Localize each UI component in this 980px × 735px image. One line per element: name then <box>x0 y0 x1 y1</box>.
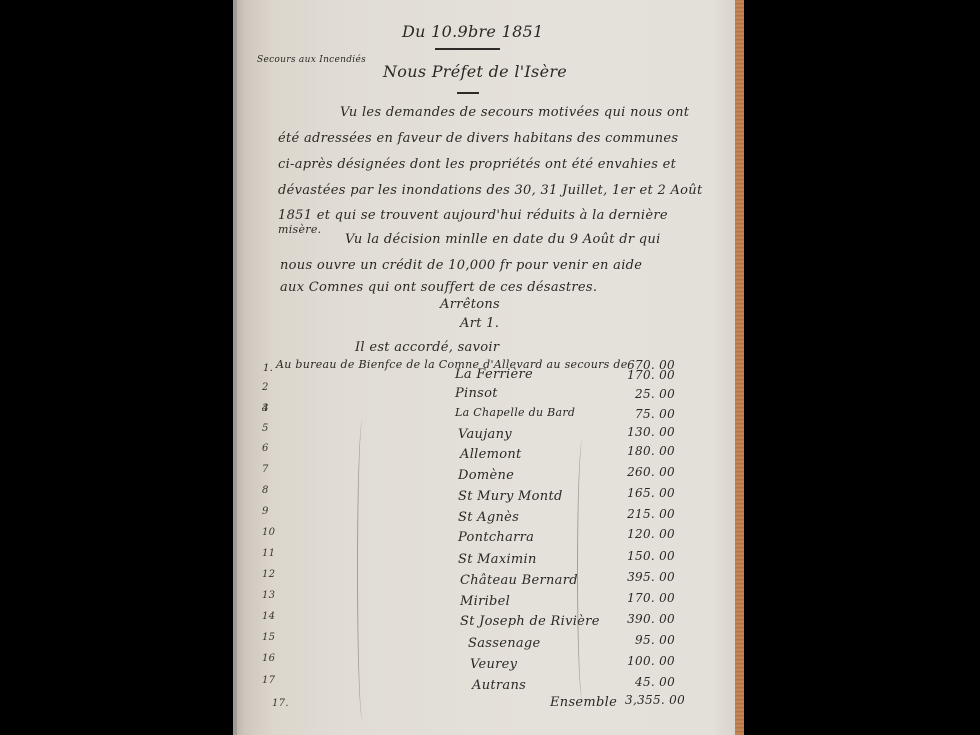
allocation-amount: 215. 00 <box>595 507 675 521</box>
allocation-amount: 390. 00 <box>595 612 675 626</box>
decision-line: aux Comnes qui ont souffert de ces désas… <box>280 280 597 295</box>
allocation-number: 4 <box>262 403 269 414</box>
allocation-commune: La Chapelle du Bard <box>455 406 575 419</box>
preamble-line: été adressées en faveur de divers habita… <box>278 131 678 146</box>
allocation-number: 10 <box>262 527 275 538</box>
allocation-number: 16 <box>262 653 275 664</box>
preamble-line: misère. <box>278 223 321 236</box>
right-brace-line <box>577 440 588 700</box>
allocation-number: 5 <box>262 423 269 434</box>
allocation-number: 6 <box>262 443 269 454</box>
allocation-commune: Château Bernard <box>460 573 578 588</box>
allocation-amount: 45. 00 <box>595 675 675 689</box>
allocation-commune: Miribel <box>460 594 510 609</box>
allocation-number: 8 <box>262 485 269 496</box>
allocation-commune: Autrans <box>472 678 526 693</box>
allocation-amount: 25. 00 <box>595 387 675 401</box>
allocation-number: 11 <box>262 548 275 559</box>
wooden-table-edge <box>735 0 744 735</box>
decision-line: nous ouvre un crédit de 10,000 fr pour v… <box>280 258 642 273</box>
date-line: Du 10.9bre 1851 <box>402 22 544 41</box>
allocation-number: 1. <box>263 363 273 374</box>
allocation-amount: 120. 00 <box>595 527 675 541</box>
allocation-amount: 170. 00 <box>595 591 675 605</box>
allocation-commune: Sassenage <box>468 636 541 651</box>
allocation-commune: Veurey <box>470 657 517 672</box>
allocation-number: 15 <box>262 632 275 643</box>
allocation-amount: 180. 00 <box>595 444 675 458</box>
allocation-amount: 100. 00 <box>595 654 675 668</box>
preamble-line: ci-après désignées dont les propriétés o… <box>278 157 676 172</box>
article-heading: Art 1. <box>460 316 499 331</box>
allocation-commune: La Ferrière <box>455 367 533 382</box>
preamble-line: 1851 et qui se trouvent aujourd'hui rédu… <box>278 208 668 223</box>
decision-line: Vu la décision minlle en date du 9 Août … <box>345 232 661 247</box>
allocation-number: 7 <box>262 464 269 475</box>
allocation-amount: 95. 00 <box>595 633 675 647</box>
date-underline <box>435 48 500 50</box>
allocation-commune: St Agnès <box>458 510 519 525</box>
margin-note: Secours aux Incendiés <box>257 55 366 65</box>
allocation-number: 12 <box>262 569 275 580</box>
allocation-amount: 130. 00 <box>595 425 675 439</box>
grant-intro: Il est accordé, savoir <box>355 340 499 355</box>
allocation-commune: St Mury Montd <box>458 489 563 504</box>
first-line-prefix: Au bureau de Bienfce de la Comne d'Allev… <box>276 358 628 371</box>
allocation-commune: Pontcharra <box>458 530 534 545</box>
allocation-amount: 150. 00 <box>595 549 675 563</box>
arretons-heading: Arrêtons <box>440 297 500 312</box>
allocation-commune: Vaujany <box>458 427 512 442</box>
allocation-commune: St Maximin <box>458 552 537 567</box>
allocation-number: 2 <box>262 382 269 393</box>
allocation-number: 17 <box>262 675 275 686</box>
allocation-commune: Pinsot <box>455 386 498 401</box>
allocation-number: 17. <box>272 698 289 709</box>
allocation-amount: 165. 00 <box>595 486 675 500</box>
allocation-number: 9 <box>262 506 269 517</box>
allocation-amount: 395. 00 <box>595 570 675 584</box>
allocation-number: 14 <box>262 611 275 622</box>
preamble-line: dévastées par les inondations des 30, 31… <box>278 183 702 198</box>
preamble-line: Vu les demandes de secours motivées qui … <box>340 105 689 120</box>
document-heading: Nous Préfet de l'Isère <box>383 62 567 81</box>
left-brace-line <box>357 420 368 720</box>
allocation-number: 13 <box>262 590 275 601</box>
allocation-commune: Domène <box>458 468 514 483</box>
total-amount: 3,355. 00 <box>605 693 685 707</box>
allocation-amount: 260. 00 <box>595 465 675 479</box>
allocation-amount: 75. 00 <box>595 407 675 421</box>
allocation-amount: 170. 00 <box>595 368 675 382</box>
allocation-commune: Allemont <box>460 447 522 462</box>
page-edge-shadow <box>233 0 237 735</box>
heading-underline <box>457 92 479 94</box>
